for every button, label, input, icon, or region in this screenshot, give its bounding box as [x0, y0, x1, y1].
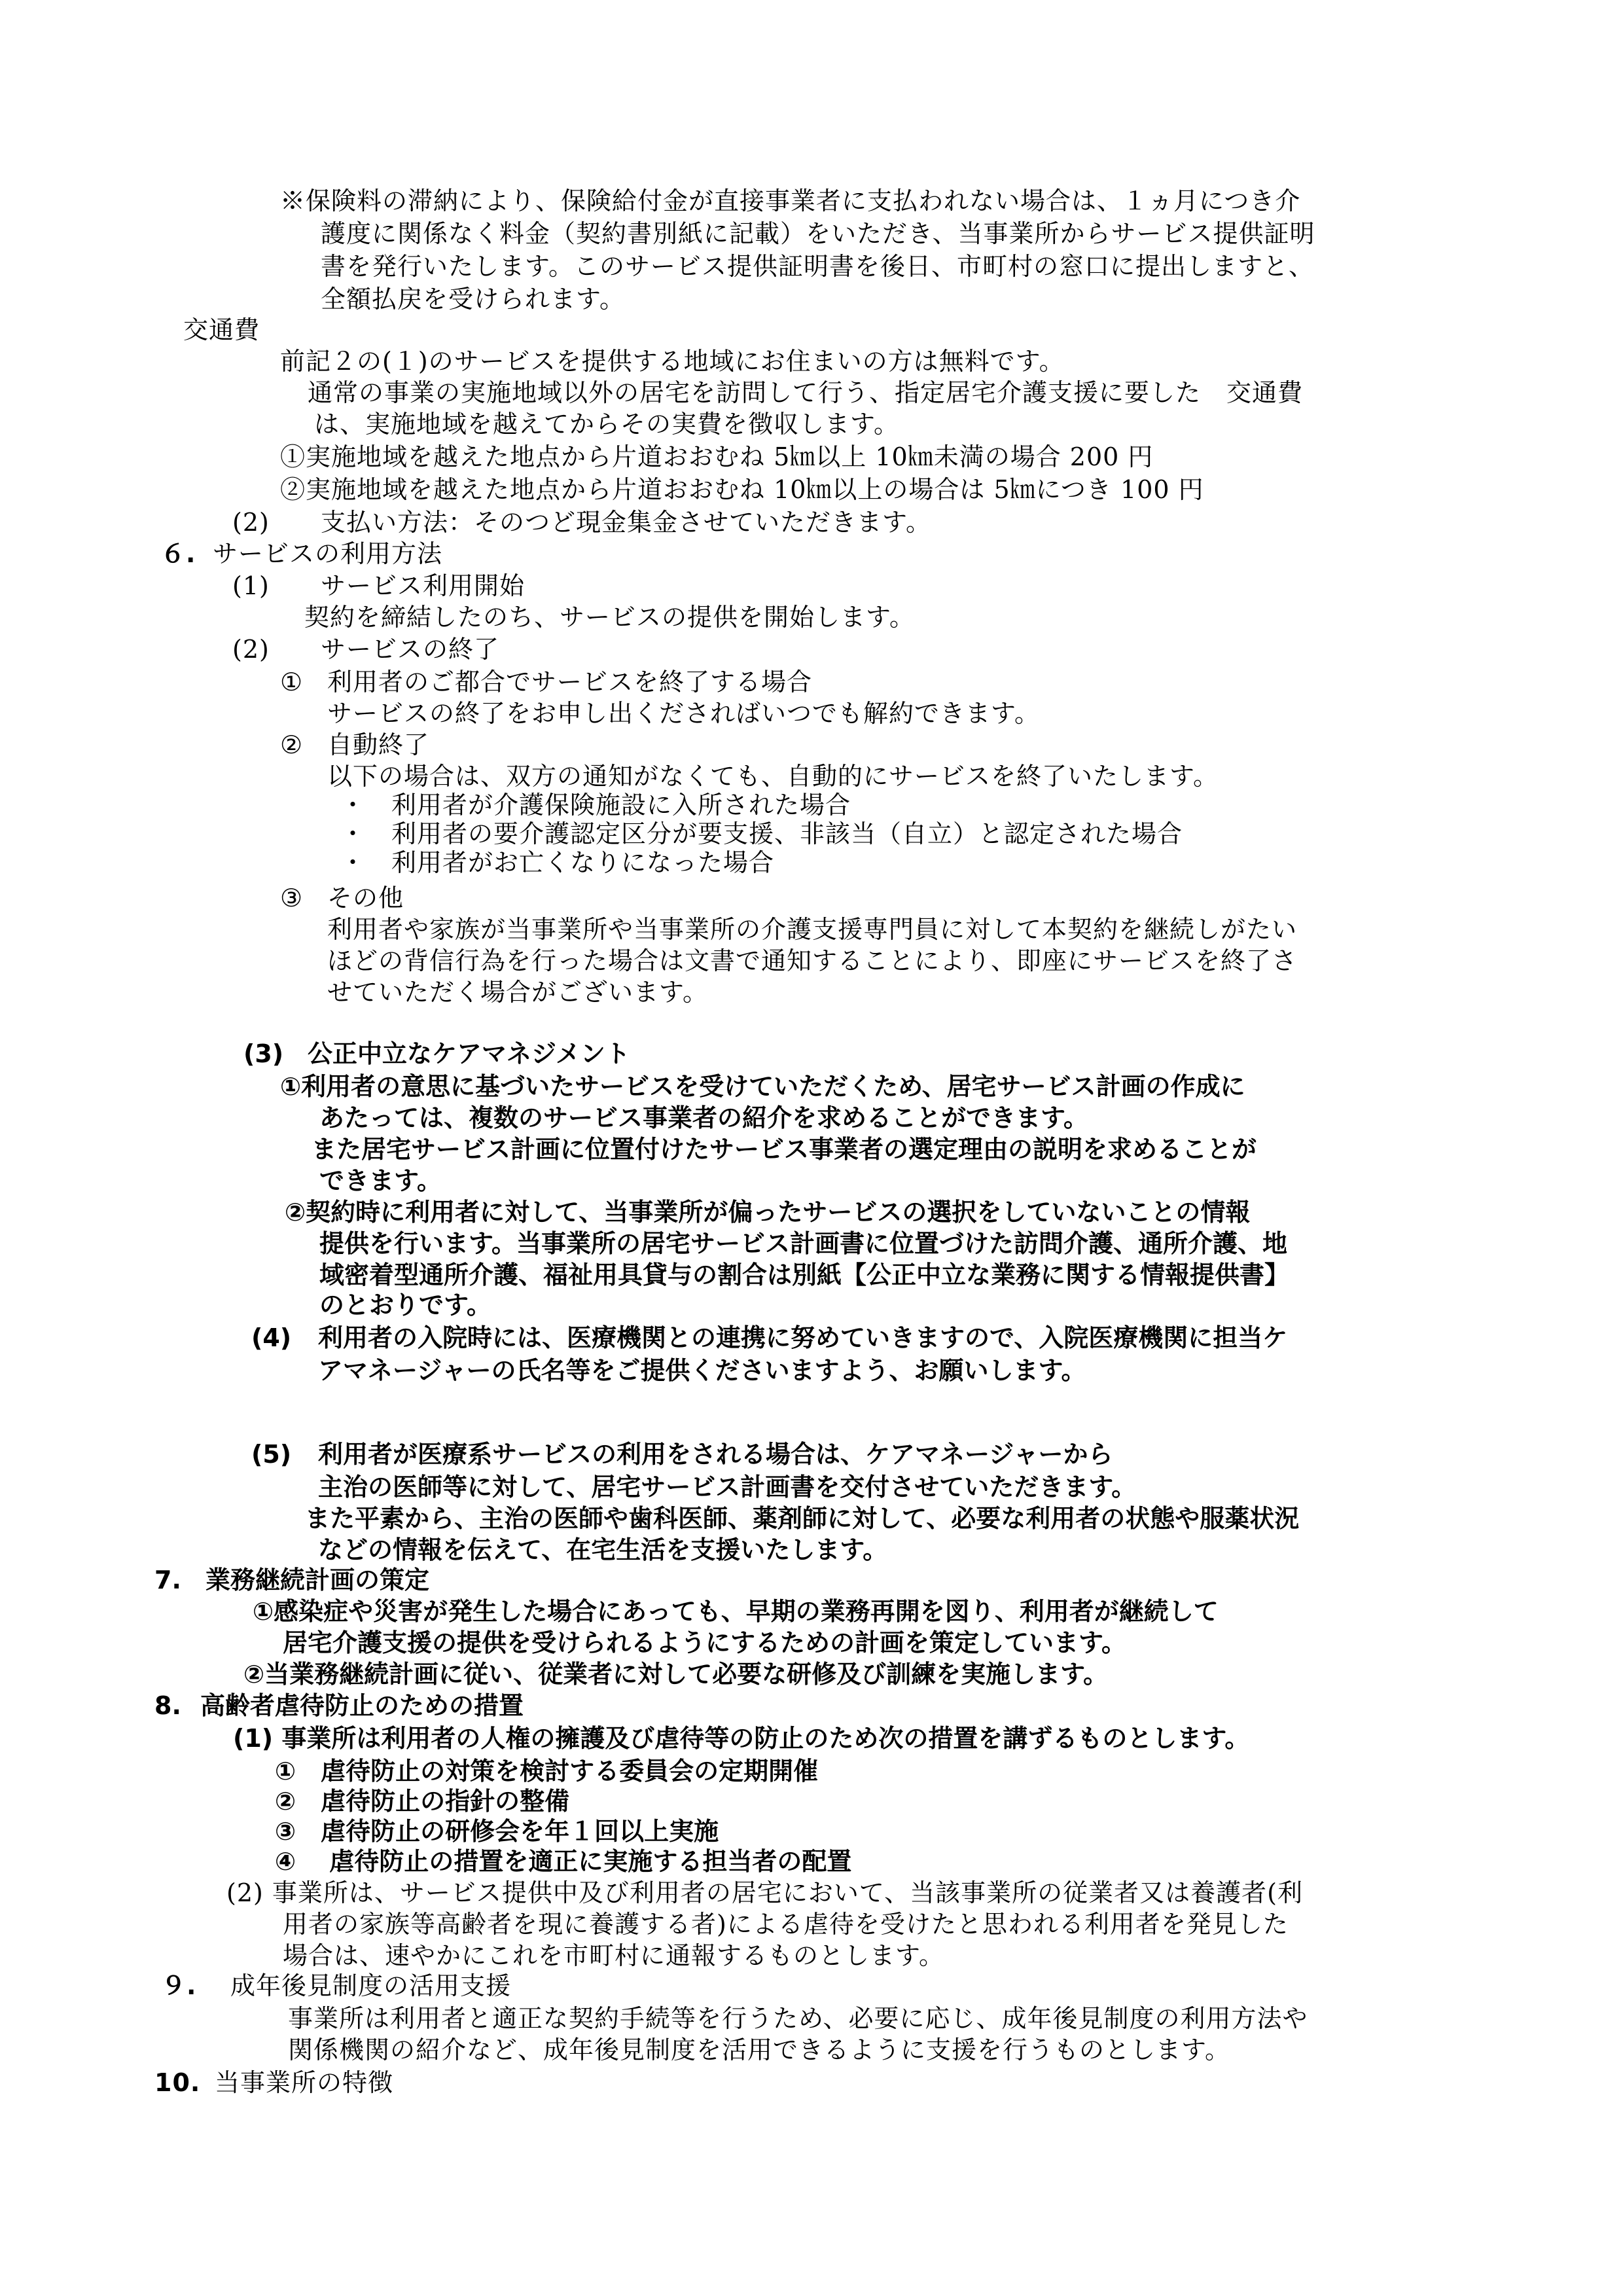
s8-p2-line-3: 場合は、速やかにこれを市町村に通報するものとします。 — [283, 1941, 944, 1970]
s6-fair-p1-line-3: また居宅サービス計画に位置付けたサービス事業者の選定理由の説明を求めることが — [312, 1135, 1257, 1164]
note-unpaid-line-1: ※保険料の滞納により、保険給付金が直接事業者に支払われない場合は、１ヵ月につき介 — [280, 187, 1300, 215]
s6-end-i2-bullet-3: ・ 利用者がお亡くなりになった場合 — [340, 848, 774, 877]
section-7-number: 7. — [154, 1566, 181, 1594]
s6-medical-line-2: 主治の医師等に対して、居宅サービス計画書を交付させていただきます。 — [318, 1473, 1136, 1501]
s6-end-title: サービスの終了 — [321, 635, 499, 664]
s6-end-i1-title: 利用者のご都合でサービスを終了する場合 — [327, 668, 812, 696]
section-8-number: 8. — [154, 1691, 181, 1720]
transport-fee-1: ①実施地域を越えた地点から片道おおむね 5㎞以上 10㎞未満の場合 200 円 — [280, 442, 1153, 471]
s6-fair-title: 公正中立なケアマネジメント — [308, 1039, 630, 1068]
section-9-number: ９. — [161, 1971, 196, 2000]
s6-start-title: サービス利用開始 — [321, 571, 525, 600]
s6-fair-p2-line-3: 域密着型通所介護、福祉用具貸与の割合は別紙【公正中立な業務に関する情報提供書】 — [319, 1261, 1289, 1289]
s8-measure-2: ② 虐待防止の指針の整備 — [275, 1787, 569, 1816]
s6-medical-line-1: 利用者が医療系サービスの利用をされる場合は、ケアマネージャーから — [318, 1440, 1113, 1469]
transport-desc-line-2: は、実施地域を越えてからその実費を徴収します。 — [314, 410, 899, 439]
section-9-title: 成年後見制度の活用支援 — [230, 1971, 511, 2000]
s6-fair-p2-line-4: のとおりです。 — [319, 1291, 491, 1319]
s6-medical-line-3: また平素から、主治の医師や歯科医師、薬剤師に対して、必要な利用者の状態や服薬状況 — [305, 1504, 1299, 1533]
s6-end-i3-num: ③ — [280, 884, 303, 912]
s6-medical-num: (5) — [251, 1440, 291, 1469]
s6-fair-num: (3) — [243, 1039, 283, 1068]
transport-fee-2: ②実施地域を越えた地点から片道おおむね 10㎞以上の場合は 5㎞につき 100 … — [280, 475, 1204, 504]
s6-end-i1-body: サービスの終了をお申し出くださればいつでも解約できます。 — [327, 699, 1040, 728]
payment-num: (2) — [232, 508, 270, 537]
section-8-title: 高齢者虐待防止のための措置 — [200, 1691, 524, 1720]
s6-fair-p1-line-1: ①利用者の意思に基づいたサービスを受けていただくため、居宅サービス計画の作成に — [280, 1072, 1245, 1101]
s6-start-num: (1) — [232, 571, 270, 600]
s8-p2-line-1: (2) 事業所は、サービス提供中及び利用者の居宅において、当該事業所の従業者又は… — [226, 1878, 1303, 1907]
s6-hospital-num: (4) — [251, 1323, 291, 1352]
s7-line-1: ①感染症や災害が発生した場合にあっても、早期の業務再開を図り、利用者が継続して — [253, 1597, 1219, 1626]
section-6-title: サービスの利用方法 — [213, 539, 442, 568]
note-unpaid-line-2: 護度に関係なく料金（契約書別紙に記載）をいただき、当事業所からサービス提供証明 — [321, 219, 1315, 248]
s9-line-1: 事業所は利用者と適正な契約手続等を行うため、必要に応じ、成年後見制度の利用方法や — [288, 2004, 1308, 2033]
s8-measure-3: ③ 虐待防止の研修会を年１回以上実施 — [275, 1817, 719, 1846]
s6-end-i3-body-2: ほどの背信行為を行った場合は文書で通知することにより、即座にサービスを終了さ — [327, 946, 1297, 975]
section-7-title: 業務継続計画の策定 — [205, 1566, 429, 1594]
s8-measure-1: ① 虐待防止の対策を検討する委員会の定期開催 — [275, 1757, 818, 1785]
s6-fair-p2-line-1: ②契約時に利用者に対して、当事業所が偏ったサービスの選択をしていないことの情報 — [285, 1198, 1250, 1227]
section-10-number: 10. — [154, 2068, 200, 2097]
s9-line-2: 関係機関の紹介など、成年後見制度を活用できるように支援を行うものとします。 — [288, 2036, 1230, 2064]
s6-fair-p1-line-4: できます。 — [319, 1166, 442, 1195]
s6-fair-p1-line-2: あたっては、複数のサービス事業者の紹介を求めることができます。 — [319, 1103, 1088, 1132]
transport-free-line: 前記２の(１)のサービスを提供する地域にお住まいの方は無料です。 — [280, 347, 1065, 376]
s8-p1: (1) 事業所は利用者の人権の擁護及び虐待等の防止のため次の措置を講ずるものとし… — [233, 1724, 1249, 1753]
s6-end-i1-num: ① — [280, 668, 303, 696]
s6-end-i3-body-1: 利用者や家族が当事業所や当事業所の介護支援専門員に対して本契約を継続しがたい — [327, 915, 1297, 944]
transport-desc-line-1: 通常の事業の実施地域以外の居宅を訪問して行う、指定居宅介護支援に要した 交通費 — [308, 378, 1303, 407]
s6-end-i3-body-3: せていただく場合がございます。 — [327, 978, 708, 1007]
s6-hospital-line-1: 利用者の入院時には、医療機関との連携に努めていきますので、入院医療機関に担当ケ — [318, 1323, 1287, 1352]
s8-measure-4: ④ 虐待防止の措置を適正に実施する担当者の配置 — [275, 1847, 851, 1876]
s6-end-i2-title: 自動終了 — [327, 730, 429, 759]
payment-text: 支払い方法：そのつど現金集金させていただきます。 — [321, 508, 931, 537]
s6-end-i2-body: 以下の場合は、双方の通知がなくても、自動的にサービスを終了いたします。 — [327, 762, 1219, 791]
s6-hospital-line-2: アマネージャーの氏名等をご提供くださいますよう、お願いします。 — [318, 1356, 1086, 1385]
s7-line-2: 居宅介護支援の提供を受けられるようにするための計画を策定しています。 — [283, 1628, 1126, 1657]
s6-fair-p2-line-2: 提供を行います。当事業所の居宅サービス計画書に位置づけた訪問介護、通所介護、地 — [319, 1229, 1287, 1258]
s6-end-i3-title: その他 — [327, 884, 404, 912]
section-10-title: 当事業所の特徴 — [215, 2068, 393, 2097]
s6-end-i2-num: ② — [280, 730, 303, 759]
s6-end-i2-bullet-1: ・ 利用者が介護保険施設に入所された場合 — [340, 791, 851, 819]
s7-line-3: ②当業務継続計画に従い、従業者に対して必要な研修及び訓練を実施します。 — [243, 1660, 1108, 1689]
s6-start-body: 契約を締結したのち、サービスの提供を開始します。 — [304, 603, 915, 632]
s6-end-num: (2) — [232, 635, 270, 664]
section-6-number: ６. — [160, 539, 196, 568]
note-unpaid-line-4: 全額払戻を受けられます。 — [321, 285, 625, 314]
s8-p2-line-2: 用者の家族等高齢者を現に養護する者)による虐待を受けたと思われる利用者を発見した — [283, 1910, 1289, 1939]
note-unpaid-line-3: 書を発行いたします。このサービス提供証明書を後日、市町村の窓口に提出しますと、 — [321, 252, 1314, 281]
s6-medical-line-4: などの情報を伝えて、在宅生活を支援いたします。 — [318, 1535, 887, 1564]
s6-end-i2-bullet-2: ・ 利用者の要介護認定区分が要支援、非該当（自立）と認定された場合 — [340, 819, 1183, 848]
transport-heading: 交通費 — [183, 315, 260, 344]
